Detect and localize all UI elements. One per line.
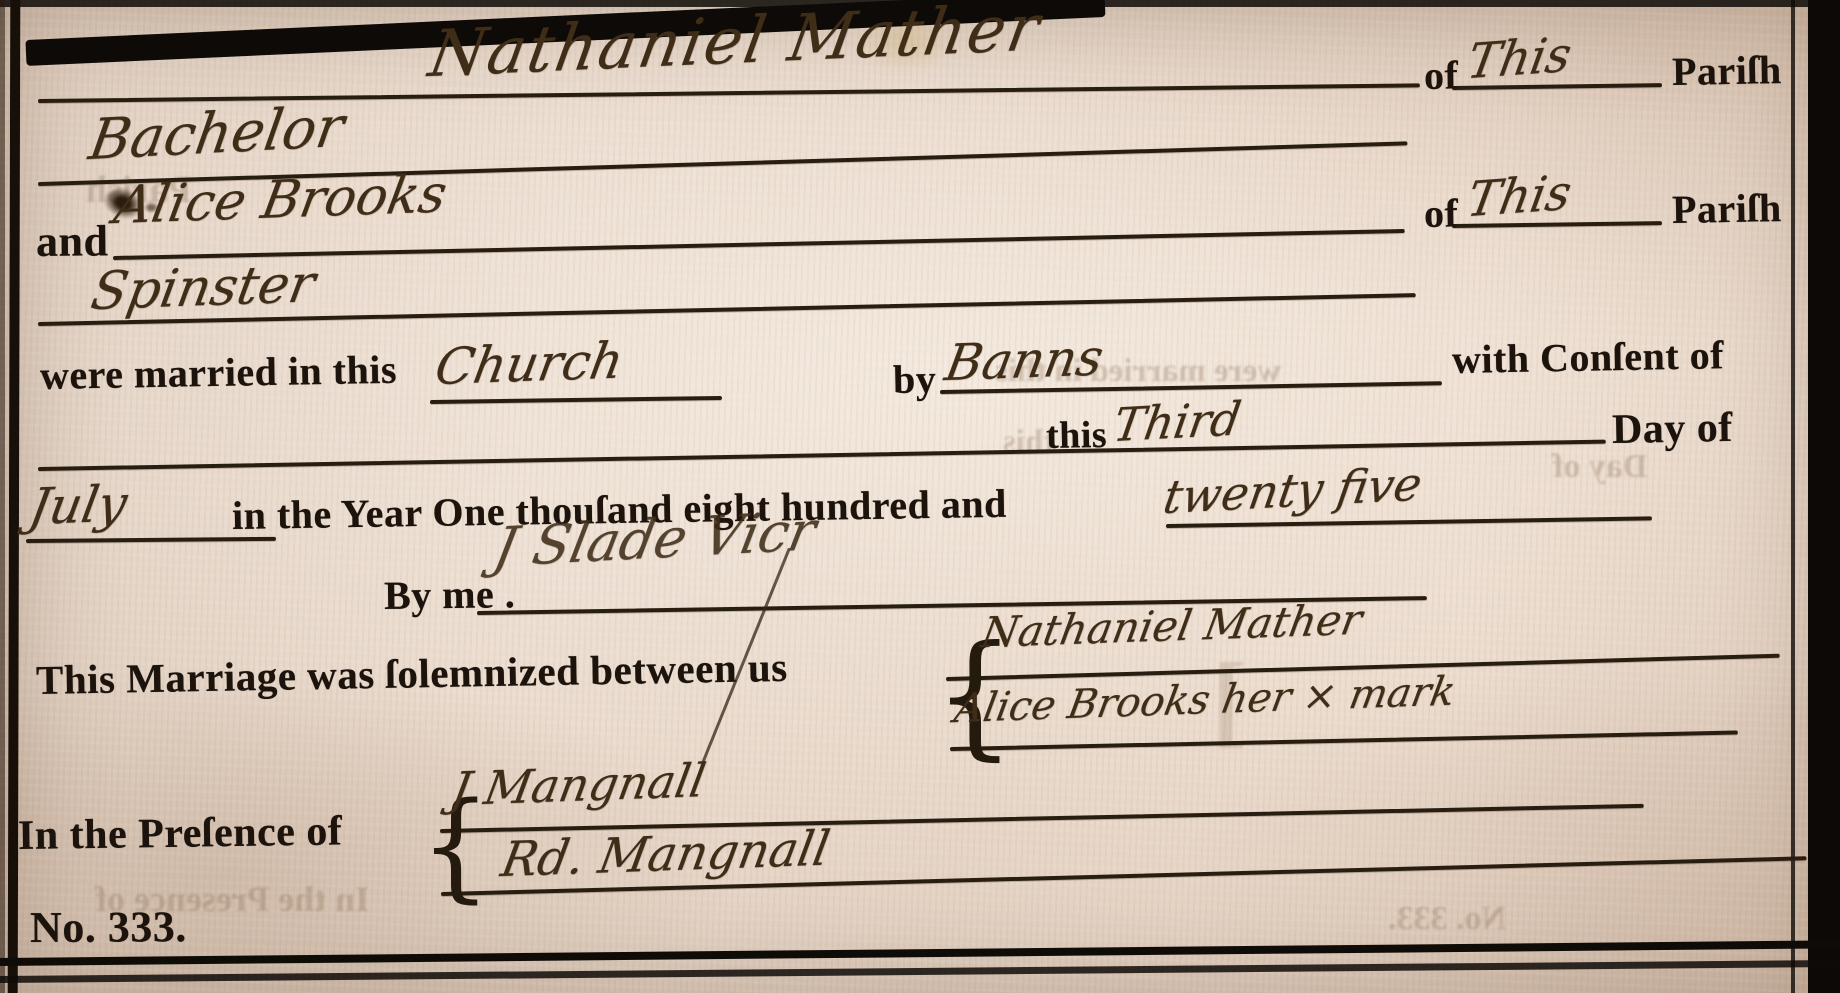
by-label: by [893, 355, 937, 403]
solemnized-label: This Marriage was ſolemnized between us [36, 643, 788, 704]
witness1-signature: J Mangnall [447, 753, 710, 816]
consent-label: with Conſent of [1452, 331, 1725, 383]
married-in-label: were married in this [40, 346, 398, 399]
day-of-label: Day of [1612, 404, 1734, 454]
bride-condition-entry: Spinster [87, 254, 320, 322]
ruled-line-married-place [430, 396, 722, 404]
entry-number: No. 333. [30, 901, 187, 953]
year-entry: twenty five [1160, 456, 1426, 524]
witness2-signature: Rd. Mangnall [497, 820, 834, 888]
groom-name-entry: Nathaniel Mather [424, 0, 1047, 92]
page-border-right-inner [1791, 0, 1795, 993]
married-by-entry: Banns [941, 328, 1108, 392]
page-border-left-edge [0, 0, 5, 993]
bleed-through-text: No. 333. [1388, 900, 1506, 938]
bride-residence-entry: This [1463, 164, 1576, 228]
groom-parish-label: Pariſh [1672, 46, 1782, 95]
ruled-line-bride-signature [950, 730, 1738, 750]
bleed-through-text: Day of [1552, 448, 1647, 486]
presence-label: In the Preſence of [18, 807, 343, 860]
day-entry: Third [1110, 391, 1245, 452]
marriage-register-page: Parish were married in this this Day of … [0, 0, 1840, 993]
page-border-right [1808, 0, 1840, 993]
groom-of-label: of [1424, 51, 1459, 99]
page-border-bottom-outer [0, 960, 1840, 983]
married-place-entry: Church [431, 331, 628, 396]
groom-residence-entry: This [1463, 26, 1576, 90]
month-entry: July [25, 474, 132, 536]
groom-condition-entry: Bachelor [85, 94, 349, 173]
bride-of-label: of [1424, 189, 1459, 237]
bride-parish-label: Pariſh [1672, 184, 1782, 233]
this-label: this [1046, 413, 1108, 458]
bride-name-entry: Alice Brooks [110, 164, 452, 236]
and-label: and [36, 215, 109, 267]
